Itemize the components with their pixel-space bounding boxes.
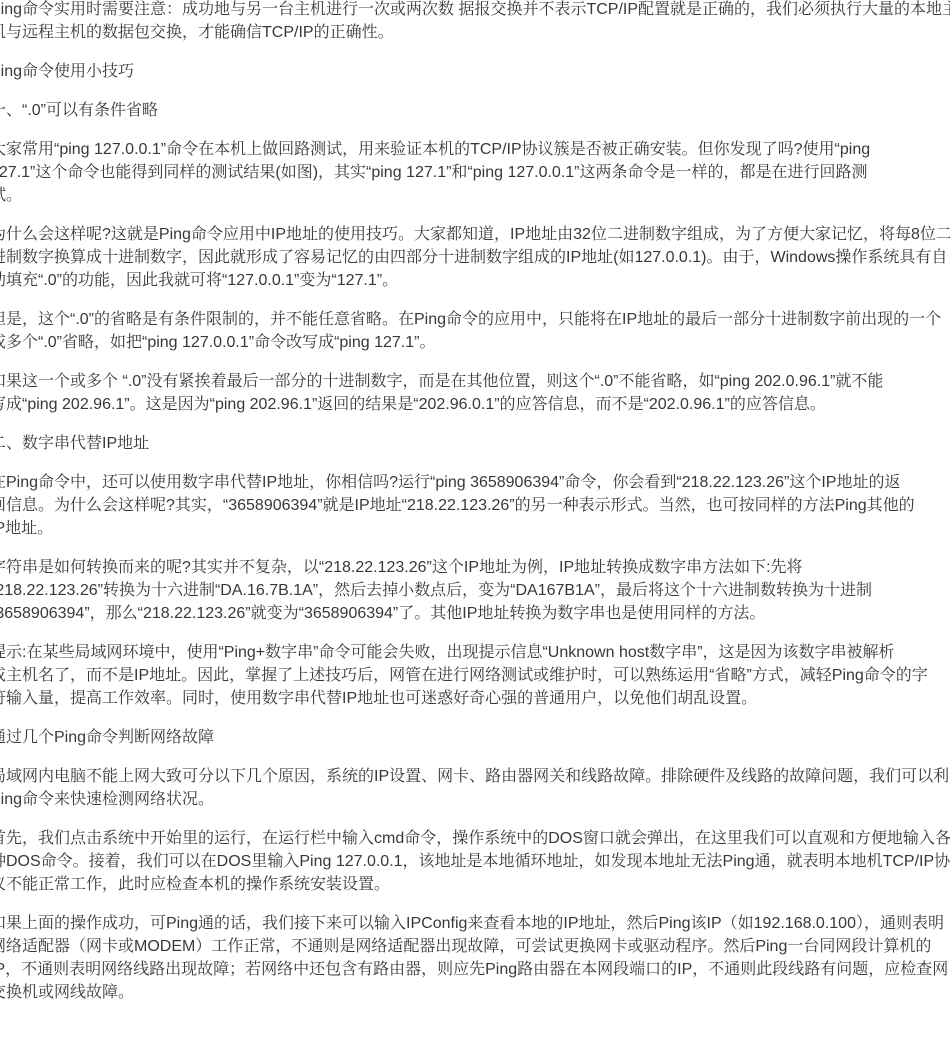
text-line: 但是，这个“.0”的省略是有条件限制的，并不能任意省略。在Ping命令的应用中，… [0, 308, 950, 331]
text-line: 如果上面的操作成功，可Ping通的话，我们接下来可以输入IPConfig来查看本… [0, 912, 950, 935]
text-line: 种DOS命令。接着，我们可以在DOS里输入Ping 127.0.0.1，该地址是… [0, 850, 950, 873]
text-line: 在Ping命令中，还可以使用数字串代替IP地址，你相信吗?运行“ping 365… [0, 471, 950, 494]
text-line: “3658906394”，那么“218.22.123.26”就变为“365890… [0, 602, 950, 625]
text-line: 动填充“.0”的功能，因此我就可将“127.0.0.1”变为“127.1”。 [0, 269, 950, 292]
text-line: 为什么会这样呢?这就是Ping命令应用中IP地址的使用技巧。大家都知道，IP地址… [0, 223, 950, 246]
article-text: Ping命令实用时需要注意：成功地与另一台主机进行一次或两次数 据报交换并不表示… [0, 0, 950, 1020]
heading-paragraph: 二、数字串代替IP地址 [0, 432, 950, 455]
text-line: 交换机或网线故障。 [0, 981, 950, 1004]
body-paragraph: Ping命令实用时需要注意：成功地与另一台主机进行一次或两次数 据报交换并不表示… [0, 0, 950, 44]
text-line: 127.1”这个命令也能得到同样的测试结果(如图)，其实“ping 127.1”… [0, 161, 950, 184]
text-line: 提示:在某些局域网环境中，使用“Ping+数字串”命令可能会失败，出现提示信息“… [0, 641, 950, 664]
text-line: 局域网内电脑不能上网大致可分以下几个原因，系统的IP设置、网卡、路由器网关和线路… [0, 765, 950, 788]
text-line: 回信息。为什么会这样呢?其实，“3658906394”就是IP地址“218.22… [0, 494, 950, 517]
body-paragraph: 如果上面的操作成功，可Ping通的话，我们接下来可以输入IPConfig来查看本… [0, 912, 950, 1004]
text-line: IP地址。 [0, 517, 950, 540]
body-paragraph: 首先，我们点击系统中开始里的运行，在运行栏中输入cmd命令，操作系统中的DOS窗… [0, 827, 950, 896]
text-line: 首先，我们点击系统中开始里的运行，在运行栏中输入cmd命令，操作系统中的DOS窗… [0, 827, 950, 850]
text-line: 试。 [0, 184, 950, 207]
body-paragraph: 如果这一个或多个 “.0”没有紧挨着最后一部分的十进制数字，而是在其他位置，则这… [0, 370, 950, 416]
text-line: Ping命令实用时需要注意：成功地与另一台主机进行一次或两次数 据报交换并不表示… [0, 0, 950, 21]
body-paragraph: 局域网内电脑不能上网大致可分以下几个原因，系统的IP设置、网卡、路由器网关和线路… [0, 765, 950, 811]
body-paragraph: 为什么会这样呢?这就是Ping命令应用中IP地址的使用技巧。大家都知道，IP地址… [0, 223, 950, 292]
text-line: “218.22.123.26”转换为十六进制“DA.16.7B.1A”，然后去掉… [0, 579, 950, 602]
heading-paragraph: 通过几个Ping命令判断网络故障 [0, 726, 950, 749]
text-line: 二、数字串代替IP地址 [0, 432, 950, 455]
text-line: 一、“.0”可以有条件省略 [0, 99, 950, 122]
text-line: 通过几个Ping命令判断网络故障 [0, 726, 950, 749]
text-line: 成主机名了，而不是IP地址。因此，掌握了上述技巧后，网管在进行网络测试或维护时，… [0, 664, 950, 687]
heading-paragraph: Ping命令使用小技巧 [0, 60, 950, 83]
body-paragraph: 在Ping命令中，还可以使用数字串代替IP地址，你相信吗?运行“ping 365… [0, 471, 950, 540]
body-paragraph: 大家常用“ping 127.0.0.1”命令在本机上做回路测试，用来验证本机的T… [0, 138, 950, 207]
text-line: 如果这一个或多个 “.0”没有紧挨着最后一部分的十进制数字，而是在其他位置，则这… [0, 370, 950, 393]
text-line: 议不能正常工作，此时应检查本机的操作系统安装设置。 [0, 873, 950, 896]
document-page: Ping命令实用时需要注意：成功地与另一台主机进行一次或两次数 据报交换并不表示… [0, 0, 950, 1040]
text-line: Ping命令来快速检测网络状况。 [0, 788, 950, 811]
text-line: 写成“ping 202.96.1”。这是因为“ping 202.96.1”返回的… [0, 393, 950, 416]
heading-paragraph: 一、“.0”可以有条件省略 [0, 99, 950, 122]
text-line: 机与远程主机的数据包交换，才能确信TCP/IP的正确性。 [0, 21, 950, 44]
text-line: 进制数字换算成十进制数字，因此就形成了容易记忆的由四部分十进制数字组成的IP地址… [0, 246, 950, 269]
text-line: 符输入量，提高工作效率。同时，使用数字串代替IP地址也可迷惑好奇心强的普通用户，… [0, 687, 950, 710]
text-line: 大家常用“ping 127.0.0.1”命令在本机上做回路测试，用来验证本机的T… [0, 138, 950, 161]
body-paragraph: 字符串是如何转换而来的呢?其实并不复杂，以“218.22.123.26”这个IP… [0, 556, 950, 625]
text-line: 字符串是如何转换而来的呢?其实并不复杂，以“218.22.123.26”这个IP… [0, 556, 950, 579]
body-paragraph: 但是，这个“.0”的省略是有条件限制的，并不能任意省略。在Ping命令的应用中，… [0, 308, 950, 354]
body-paragraph: 提示:在某些局域网环境中，使用“Ping+数字串”命令可能会失败，出现提示信息“… [0, 641, 950, 710]
text-line: 或多个“.0”省略，如把“ping 127.0.0.1”命令改写成“ping 1… [0, 331, 950, 354]
text-line: Ping命令使用小技巧 [0, 60, 950, 83]
text-line: IP，不通则表明网络线路出现故障；若网络中还包含有路由器，则应先Ping路由器在… [0, 958, 950, 981]
text-line: 网络适配器（网卡或MODEM）工作正常，不通则是网络适配器出现故障，可尝试更换网… [0, 935, 950, 958]
